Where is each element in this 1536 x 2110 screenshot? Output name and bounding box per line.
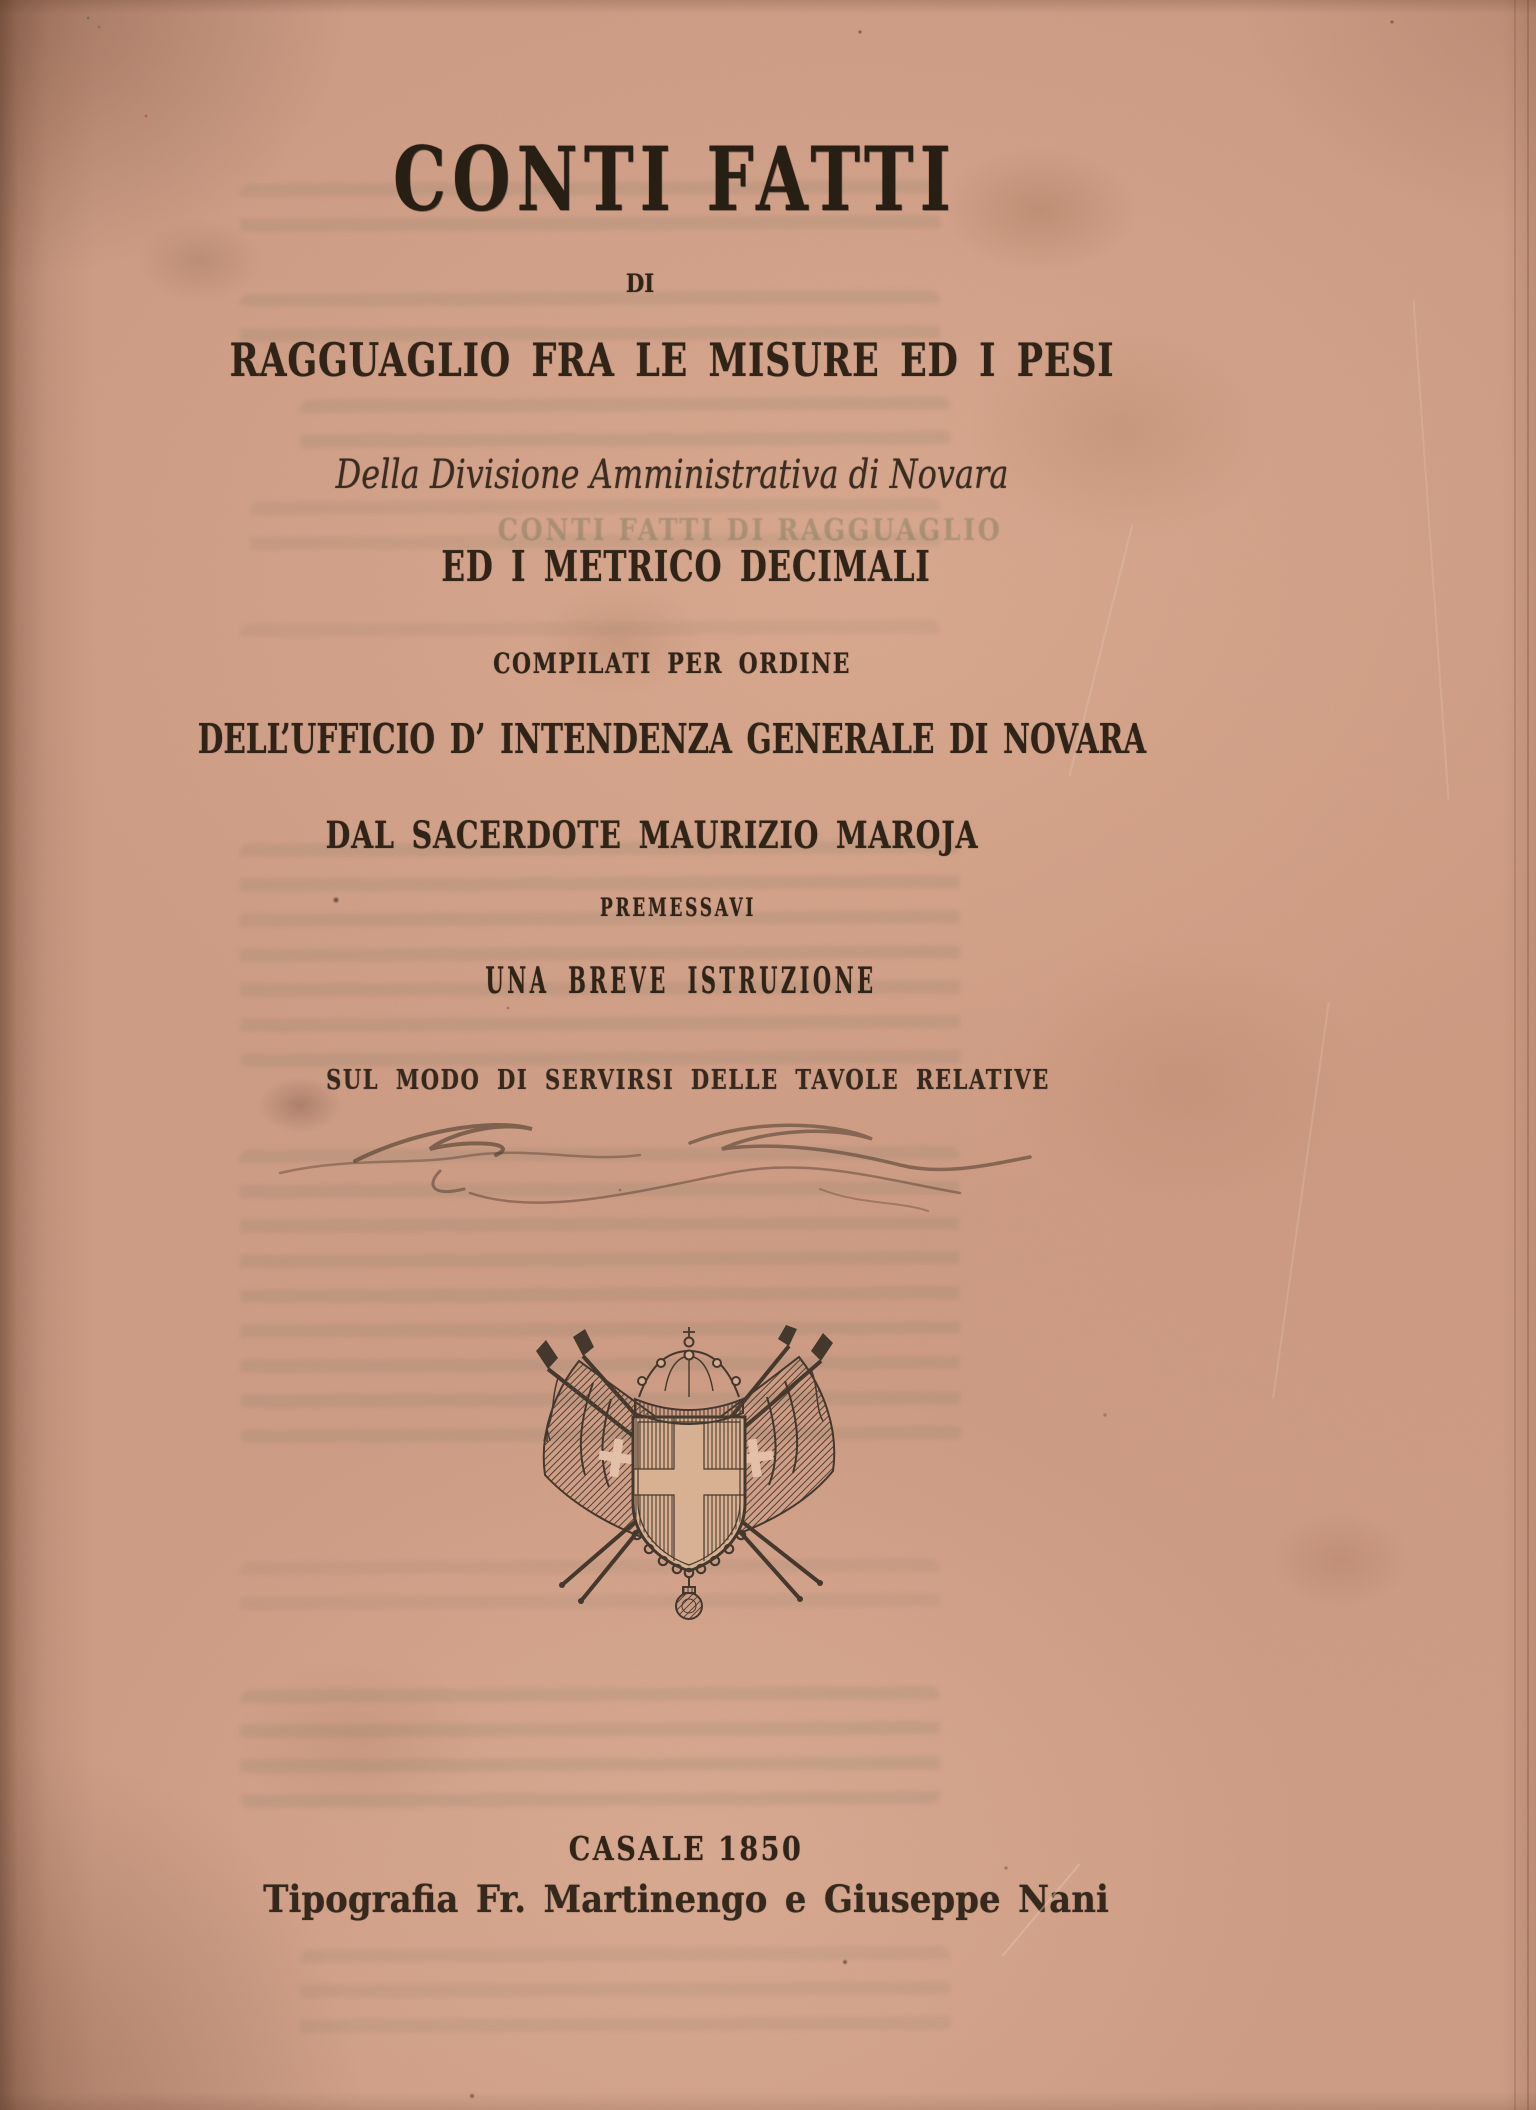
scanned-book-page: CONTI FATTI DI RAGGUAGLIO CONTI FATTI DI… [0,0,1536,2110]
grain-overlay [0,0,1536,2110]
